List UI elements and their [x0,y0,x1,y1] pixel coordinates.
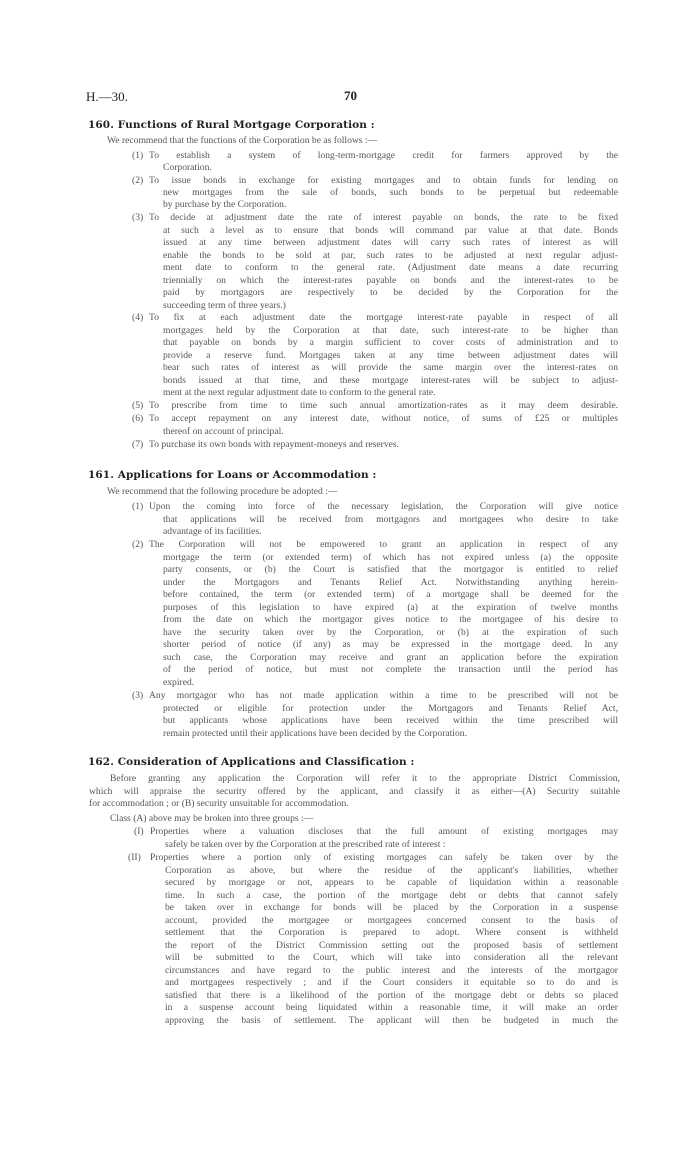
document-reference: H.—30. [86,89,128,105]
item-line: To establish a system of long-term-mortg… [149,150,618,162]
item-line: purposes of this legislation to have exp… [163,602,618,614]
item-line: paid by mortgagors are respectively to b… [163,287,618,299]
item-line: approving the basis of settlement. The a… [165,1015,618,1027]
item-line: settlement that the Corporation is prepa… [165,927,618,939]
item-line: provide a reserve fund. Mortgages taken … [163,350,618,362]
item-line: secured by mortgage or not, appears to b… [165,877,618,889]
item-line: from the date on which the mortgagor giv… [163,614,618,626]
item-label: (3) [132,212,143,224]
item-line: To prescribe from time to time such annu… [149,400,618,412]
item-label: (1) [132,150,143,162]
item-line: To accept repayment on any interest date… [149,413,618,425]
item-line: shorter period of notice (if any) as may… [163,639,618,651]
item-label: (2) [132,539,143,551]
item-line: before contained, the term (or extended … [163,589,618,601]
section-160-intro: We recommend that the functions of the C… [107,135,377,147]
item-line: bear such rates of interest as will prov… [163,362,618,374]
item-line: mortgage the term (or extended term) of … [163,552,618,564]
item-line: such case, the Corporation may receive a… [163,652,618,664]
item-line: by purchase by the Corporation. [163,199,286,211]
item-line: To purchase its own bonds with repayment… [149,439,399,451]
item-line: The Corporation will not be empowered to… [149,539,618,551]
item-line: advantage of its facilities. [163,526,262,538]
section-162-heading: 162. Consideration of Applications and C… [88,756,414,768]
section-161-intro: We recommend that the following procedur… [107,486,337,498]
item-line: protected or eligible for protection und… [163,703,618,715]
item-line: new mortgages from the sale of bonds, su… [163,187,618,199]
item-label: (I) [134,826,144,838]
item-line: at such a level as to ensure that bonds … [163,225,618,237]
item-label: (1) [132,501,143,513]
item-line: Properties where a portion only of exist… [150,852,618,864]
item-line: Properties where a valuation discloses t… [150,826,618,838]
page-number: 70 [344,88,357,104]
item-label: (3) [132,690,143,702]
item-line: satisfied that there is a likelihood of … [165,990,618,1002]
item-line: Upon the coming into force of the necess… [149,501,618,513]
item-line: account, provided the mortgagee or mortg… [165,915,618,927]
item-line: ment at the next regular adjustment date… [163,387,436,399]
item-line: To decide at adjustment date the rate of… [149,212,618,224]
item-line: enable the bonds to be sold at par, such… [163,250,618,262]
section-161-heading: 161. Applications for Loans or Accommoda… [88,469,376,481]
item-line: remain protected until their application… [163,728,467,740]
item-line: mortgages held by the Corporation at tha… [163,325,618,337]
item-line: of the period of notice, but must not co… [163,664,618,676]
paragraph-line: for accommodation ; or (B) security unsu… [89,798,349,810]
item-line: bonds issued at that time, and these mor… [163,375,618,387]
item-label: (2) [132,175,143,187]
item-label: (5) [132,400,143,412]
item-line: safely be taken over by the Corporation … [165,839,446,851]
item-line: under the Mortgagors and Tenants Relief … [163,577,618,589]
item-line: expired. [163,677,194,689]
item-line: thereof on account of principal. [163,426,284,438]
item-line: the report of the District Commission se… [165,940,618,952]
paragraph-line: Before granting any application the Corp… [110,773,620,785]
item-line: triennially on which the interest-rates … [163,275,618,287]
item-line: succeeding term of three years.) [163,300,286,312]
item-line: Any mortgagor who has not made applicati… [149,690,618,702]
section-162-intro: Class (A) above may be broken into three… [110,813,313,825]
document-page: H.—30. 70 160. Functions of Rural Mortga… [0,0,700,1168]
paragraph-line: which will appraise the security offered… [89,786,620,798]
item-label: (4) [132,312,143,324]
item-label: (II) [128,852,141,864]
item-line: issued at any time between adjustment da… [163,237,618,249]
item-line: To issue bonds in exchange for existing … [149,175,618,187]
section-160-heading: 160. Functions of Rural Mortgage Corpora… [88,119,375,131]
item-line: be taken over in exchange for bonds will… [165,902,618,914]
item-line: will be submitted to the Court, which wi… [165,952,618,964]
item-line: have the security taken over by the Corp… [163,627,618,639]
item-line: in a suspense account being liquidated w… [165,1002,618,1014]
item-line: that applications will be received from … [163,514,618,526]
item-line: that payable on bonds by a margin suffic… [163,337,618,349]
item-line: and mortgagees respectively ; and if the… [165,977,618,989]
item-label: (6) [132,413,143,425]
item-line: time. In such a case, the portion of the… [165,890,618,902]
item-line: ment date to conform to the general rate… [163,262,618,274]
item-label: (7) [132,439,143,451]
item-line: To fix at each adjustment date the mortg… [149,312,618,324]
item-line: but applicants whose applications have b… [163,715,618,727]
item-line: Corporation as above, but where the resi… [165,865,618,877]
item-line: party consents, or (b) the Court is sati… [163,564,618,576]
item-line: Corporation. [163,162,212,174]
item-line: circumstances and have regard to the pub… [165,965,618,977]
